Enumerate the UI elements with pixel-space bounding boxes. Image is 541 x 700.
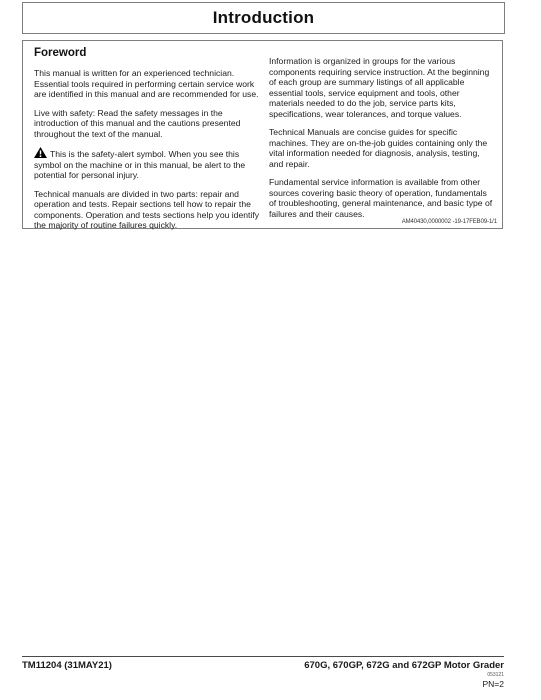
page-number: PN=2 — [483, 679, 505, 689]
reference-code: AM40430,0000002 -19-17FEB09-1/1 — [402, 219, 497, 225]
foreword-paragraph: This manual is written for an experience… — [34, 68, 260, 100]
footer-divider — [22, 656, 504, 657]
model-title: 670G, 670GP, 672G and 672GP Motor Grader — [304, 660, 504, 671]
safety-alert-text: This is the safety-alert symbol. When yo… — [34, 149, 245, 180]
foreword-left-column: Foreword This manual is written for an e… — [34, 47, 260, 239]
foreword-section: Foreword This manual is written for an e… — [22, 40, 503, 229]
manual-number: TM11204 (31MAY21) — [22, 660, 112, 671]
manual-page: Introduction Foreword This manual is wri… — [0, 0, 541, 700]
foreword-right-column: Information is organized in groups for t… — [269, 47, 496, 239]
foreword-paragraph: Live with safety: Read the safety messag… — [34, 108, 260, 140]
page-title: Introduction — [213, 8, 315, 28]
foreword-heading: Foreword — [34, 47, 260, 59]
page-footer: TM11204 (31MAY21) 670G, 670GP, 672G and … — [22, 660, 504, 689]
page-title-box: Introduction — [22, 2, 505, 34]
foreword-paragraph: Technical Manuals are concise guides for… — [269, 127, 496, 169]
foreword-paragraph: Information is organized in groups for t… — [269, 56, 496, 119]
safety-alert-paragraph: This is the safety-alert symbol. When yo… — [34, 147, 260, 181]
print-code: 053121 — [487, 672, 504, 678]
foreword-columns: Foreword This manual is written for an e… — [34, 47, 494, 239]
foreword-paragraph: Technical manuals are divided in two par… — [34, 189, 260, 231]
foreword-paragraph: Fundamental service information is avail… — [269, 177, 496, 219]
footer-right-block: 670G, 670GP, 672G and 672GP Motor Grader… — [304, 660, 504, 689]
safety-alert-icon — [34, 147, 47, 158]
